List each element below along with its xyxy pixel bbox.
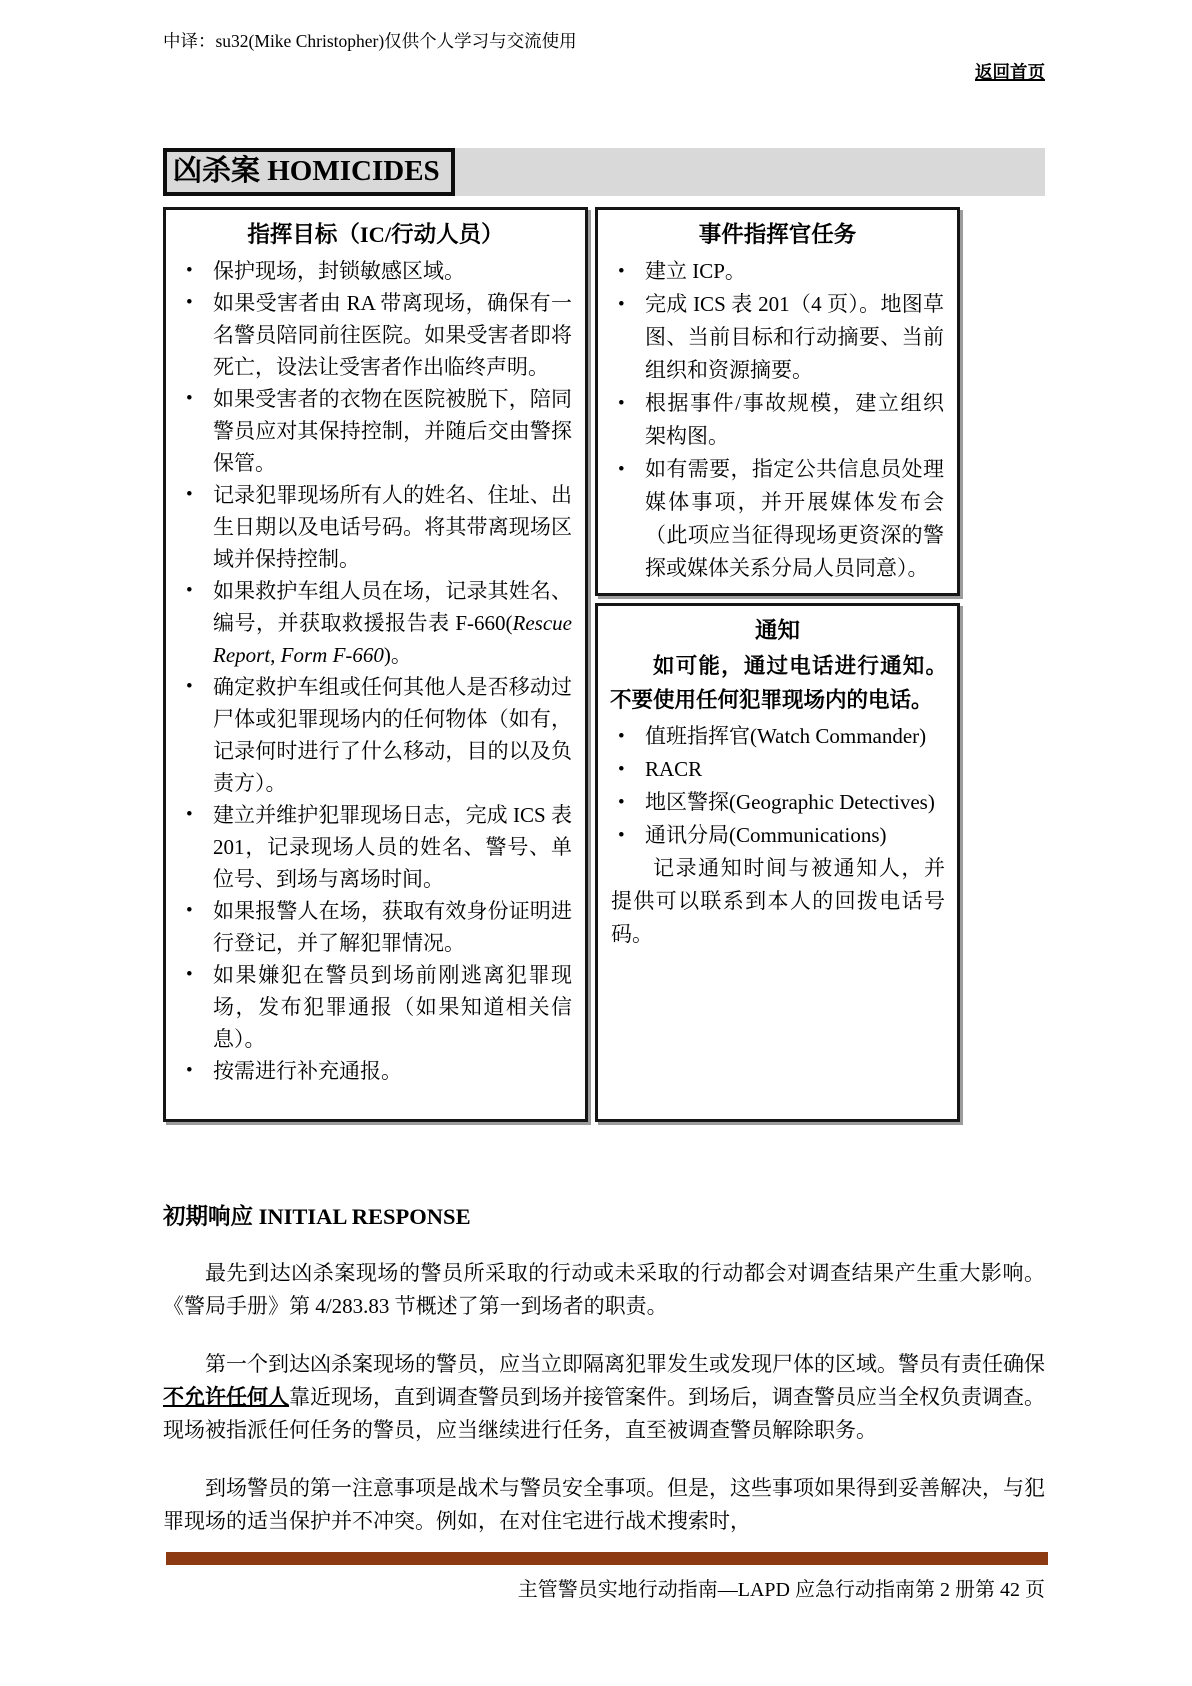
list-item-text: 建立并维护犯罪现场日志，完成 ICS 表 201，记录现场人员的姓名、警号、单位…	[213, 799, 572, 895]
list-item-text: 记录犯罪现场所有人的姓名、住址、出生日期以及电话号码。将其带离现场区域并保持控制…	[213, 479, 572, 575]
bullet-icon: •	[179, 255, 213, 287]
list-item-text: 如有需要，指定公共信息员处理媒体事项，并开展媒体发布会（此项应当征得现场更资深的…	[645, 453, 944, 585]
list-item: •记录犯罪现场所有人的姓名、住址、出生日期以及电话号码。将其带离现场区域并保持控…	[179, 479, 572, 575]
bullet-icon: •	[611, 453, 645, 486]
bullet-icon: •	[611, 819, 645, 852]
list-item-text-plain: )。	[384, 643, 412, 667]
list-item: •确定救护车组或任何其他人是否移动过尸体或犯罪现场内的任何物体（如有，记录何时进…	[179, 671, 572, 799]
footer-divider-bar	[166, 1552, 1048, 1565]
list-item-text: 通讯分局(Communications)	[645, 819, 944, 852]
list-item: •按需进行补充通报。	[179, 1055, 572, 1087]
list-item: •通讯分局(Communications)	[611, 819, 944, 852]
list-item-text: 如果受害者的衣物在医院被脱下，陪同警员应对其保持控制，并随后交由警探保管。	[213, 383, 572, 479]
bullet-icon: •	[611, 288, 645, 321]
paragraph-text: 第一个到达凶杀案现场的警员，应当立即隔离犯罪发生或发现尸体的区域。警员有责任确保	[205, 1352, 1045, 1376]
bullet-icon: •	[611, 753, 645, 786]
list-item: •完成 ICS 表 201（4 页）。地图草图、当前目标和行动摘要、当前组织和资…	[611, 288, 944, 387]
list-item-text: 如果救护车组人员在场，记录其姓名、编号，并获取救援报告表 F-660(Rescu…	[213, 575, 572, 671]
command-objectives-list: •保护现场，封锁敏感区域。 •如果受害者由 RA 带离现场，确保有一名警员陪同前…	[166, 255, 585, 1087]
bullet-icon: •	[179, 479, 213, 511]
ic-tasks-header: 事件指挥官任务	[598, 214, 957, 252]
list-item: •如果受害者由 RA 带离现场，确保有一名警员陪同前往医院。如果受害者即将死亡，…	[179, 287, 572, 383]
list-item: •如果报警人在场，获取有效身份证明进行登记，并了解犯罪情况。	[179, 895, 572, 959]
ic-tasks-cell: 事件指挥官任务 •建立 ICP。 •完成 ICS 表 201（4 页）。地图草图…	[595, 207, 960, 596]
right-column: 事件指挥官任务 •建立 ICP。 •完成 ICS 表 201（4 页）。地图草图…	[595, 207, 960, 1122]
bullet-icon: •	[179, 287, 213, 319]
document-page: 中译：su32(Mike Christopher)仅供个人学习与交流使用 返回首…	[0, 0, 1192, 1686]
footer-page-label: 主管警员实地行动指南—LAPD 应急行动指南第 2 册第 42 页	[163, 1576, 1045, 1604]
list-item-text: 确定救护车组或任何其他人是否移动过尸体或犯罪现场内的任何物体（如有，记录何时进行…	[213, 671, 572, 799]
list-item-text: RACR	[645, 753, 944, 786]
list-item: •如有需要，指定公共信息员处理媒体事项，并开展媒体发布会（此项应当征得现场更资深…	[611, 453, 944, 585]
list-item-text: 完成 ICS 表 201（4 页）。地图草图、当前目标和行动摘要、当前组织和资源…	[645, 288, 944, 387]
home-link-row: 返回首页	[163, 59, 1045, 84]
paragraph-text: 靠近现场，直到调查警员到场并接管案件。到场后，调查警员应当全权负责调查。现场被指…	[163, 1385, 1045, 1442]
bullet-icon: •	[611, 255, 645, 288]
ic-tasks-list: •建立 ICP。 •完成 ICS 表 201（4 页）。地图草图、当前目标和行动…	[598, 255, 957, 585]
translator-note: 中译：su32(Mike Christopher)仅供个人学习与交流使用	[163, 0, 1045, 52]
bullet-icon: •	[611, 387, 645, 420]
notifications-cell: 通知 如可能，通过电话进行通知。不要使用任何犯罪现场内的电话。 •值班指挥官(W…	[595, 603, 960, 1122]
command-objectives-header: 指挥目标（IC/行动人员）	[166, 214, 585, 252]
page-title: 凶杀案 HOMICIDES	[163, 148, 455, 196]
command-objectives-cell: 指挥目标（IC/行动人员） •保护现场，封锁敏感区域。 •如果受害者由 RA 带…	[163, 207, 588, 1122]
bullet-icon: •	[611, 720, 645, 753]
list-item-text: 按需进行补充通报。	[213, 1055, 572, 1087]
bullet-icon: •	[179, 383, 213, 415]
notifications-note: 记录通知时间与被通知人，并提供可以联系到本人的回拨电话号码。	[598, 852, 957, 951]
list-item: •根据事件/事故规模，建立组织架构图。	[611, 387, 944, 453]
notifications-list: •值班指挥官(Watch Commander) •RACR •地区警探(Geog…	[598, 720, 957, 852]
list-item: •如果受害者的衣物在医院被脱下，陪同警员应对其保持控制，并随后交由警探保管。	[179, 383, 572, 479]
bullet-icon: •	[611, 786, 645, 819]
list-item-text: 根据事件/事故规模，建立组织架构图。	[645, 387, 944, 453]
bullet-icon: •	[179, 799, 213, 831]
home-link[interactable]: 返回首页	[975, 62, 1045, 82]
paragraph: 到场警员的第一注意事项是战术与警员安全事项。但是，这些事项如果得到妥善解决，与犯…	[163, 1472, 1045, 1538]
list-item-text: 地区警探(Geographic Detectives)	[645, 786, 944, 819]
list-item: •如果救护车组人员在场，记录其姓名、编号，并获取救援报告表 F-660(Resc…	[179, 575, 572, 671]
list-item-text: 保护现场，封锁敏感区域。	[213, 255, 572, 287]
paragraph: 最先到达凶杀案现场的警员所采取的行动或未采取的行动都会对调查结果产生重大影响。《…	[163, 1257, 1045, 1323]
bullet-icon: •	[179, 1055, 213, 1087]
bullet-icon: •	[179, 959, 213, 991]
initial-response-heading: 初期响应 INITIAL RESPONSE	[163, 1202, 1045, 1232]
list-item: •RACR	[611, 753, 944, 786]
list-item-text: 建立 ICP。	[645, 255, 944, 288]
list-item-text: 如果报警人在场，获取有效身份证明进行登记，并了解犯罪情况。	[213, 895, 572, 959]
title-banner: 凶杀案 HOMICIDES	[163, 148, 1045, 196]
paragraph: 第一个到达凶杀案现场的警员，应当立即隔离犯罪发生或发现尸体的区域。警员有责任确保…	[163, 1348, 1045, 1447]
notifications-header: 通知	[598, 610, 957, 648]
bullet-icon: •	[179, 575, 213, 607]
list-item: •如果嫌犯在警员到场前刚逃离犯罪现场，发布犯罪通报（如果知道相关信息）。	[179, 959, 572, 1055]
homicides-table: 指挥目标（IC/行动人员） •保护现场，封锁敏感区域。 •如果受害者由 RA 带…	[163, 207, 960, 1122]
list-item-text: 值班指挥官(Watch Commander)	[645, 720, 944, 753]
list-item: •建立 ICP。	[611, 255, 944, 288]
bullet-icon: •	[179, 895, 213, 927]
bullet-icon: •	[179, 671, 213, 703]
list-item: •建立并维护犯罪现场日志，完成 ICS 表 201，记录现场人员的姓名、警号、单…	[179, 799, 572, 895]
notifications-intro: 如可能，通过电话进行通知。不要使用任何犯罪现场内的电话。	[598, 649, 957, 717]
list-item-text: 如果嫌犯在警员到场前刚逃离犯罪现场，发布犯罪通报（如果知道相关信息）。	[213, 959, 572, 1055]
emphasized-text: 不允许任何人	[163, 1385, 289, 1409]
list-item-text: 如果受害者由 RA 带离现场，确保有一名警员陪同前往医院。如果受害者即将死亡，设…	[213, 287, 572, 383]
list-item: •保护现场，封锁敏感区域。	[179, 255, 572, 287]
list-item: •值班指挥官(Watch Commander)	[611, 720, 944, 753]
list-item: •地区警探(Geographic Detectives)	[611, 786, 944, 819]
